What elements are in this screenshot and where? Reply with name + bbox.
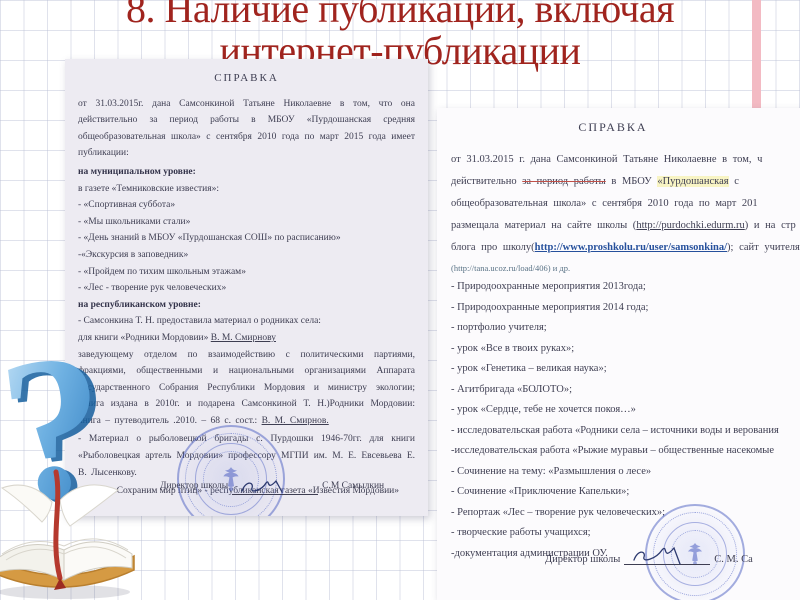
doc-line-text: блога про школу(: [451, 242, 535, 253]
list-item: -«Экскурсия в заповедник»: [78, 247, 415, 264]
doc-line-text: размещала материал на сайте школы (: [451, 220, 636, 231]
list-item: - Сочинение «Приключение Капельки»;: [451, 482, 800, 503]
list-item: - исследовательская работа «Родники села…: [451, 421, 800, 442]
signature-label: Директор школы: [160, 478, 228, 495]
handwritten-signature: [628, 546, 698, 566]
list-item: - Сочинение на тему: «Размышления о лесе…: [451, 462, 800, 483]
highlighted-text: «Пурдошанская: [657, 176, 728, 187]
document-heading: СПРАВКА: [451, 120, 775, 135]
document-paragraph: от 31.03.2015г. дана Самсонкиной Татьяне…: [78, 96, 415, 162]
open-book-graphic: [0, 466, 146, 600]
list-item: - «День знаний в МБОУ «Пурдошанская СОШ»…: [78, 230, 415, 247]
doc-line-text: ) и на стр: [745, 220, 796, 231]
signature-stroke: [624, 550, 710, 565]
list-item: - Природоохранные мероприятия 2014 года;: [451, 298, 800, 319]
list-item: - Самсонкина Т. Н. предоставила материал…: [78, 313, 415, 330]
doc-line: размещала материал на сайте школы (http:…: [451, 215, 800, 237]
doc-line: действительно за период работы в МБОУ «П…: [451, 171, 800, 193]
signature-name: С.М Самылкин: [322, 478, 384, 495]
doc-line-text: действительно: [451, 176, 522, 187]
list-item: - урок «Все в твоих руках»;: [451, 339, 800, 360]
list-item: -исследовательская работа «Рыжие муравьи…: [451, 441, 800, 462]
list-item: - Природоохранные мероприятия 2013года;: [451, 277, 800, 298]
doc-line-text: с: [729, 176, 739, 187]
list-item: - Агитбригада «БОЛОТО»;: [451, 380, 800, 401]
struck-text: за период работы: [522, 176, 606, 187]
doc-line-text: ); сайт учителя би: [727, 242, 800, 253]
signature-name: С. М. Са: [714, 554, 753, 565]
list-item: - «Спортивная суббота»: [78, 197, 415, 214]
list-item: для книги «Родники Мордовии» В. М. Смирн…: [78, 330, 415, 347]
list-item: - творческие работы учащихся;: [451, 523, 800, 544]
proshkolu-link: http://www.proshkolu.ru/user/samsonkina/: [535, 242, 727, 253]
doc-line: от 31.03.2015 г. дана Самсонкиной Татьян…: [451, 149, 800, 171]
presentation-slide: 8. Наличие публикаций, включая интернет-…: [0, 0, 800, 600]
title-line-1: 8. Наличие публикаций, включая: [0, 0, 800, 30]
handwritten-signature: [236, 478, 306, 496]
list-item: - «Пройдем по тихим школьным этажам»: [78, 264, 415, 281]
document-heading: СПРАВКА: [78, 70, 415, 87]
doc-line: общеобразовательная школа» с сентября 20…: [451, 193, 800, 215]
compiler-name-underlined: В. М. Смирнов.: [262, 416, 329, 426]
list-item: - «Лес - творение рук человеческих»: [78, 280, 415, 297]
ucoz-link-line: (http://tana.ucoz.ru/load/406) и др.: [451, 259, 800, 277]
list-item: - Репортаж «Лес – творение рук человечес…: [451, 503, 800, 524]
signature-label: Директор школы: [545, 554, 620, 565]
signature-row: Директор школы С. М. Са: [545, 550, 753, 565]
section-heading-republican: на республиканском уровне:: [78, 297, 415, 314]
list-item: - портфолио учителя;: [451, 318, 800, 339]
signature-row: Директор школы С.М Самылкин: [160, 478, 384, 495]
signature-stroke: [232, 480, 318, 495]
list-item: - «Мы школьниками стали»: [78, 214, 415, 231]
doc-line-text: в МБОУ: [606, 176, 658, 187]
school-site-link: http://purdochki.edurm.ru: [636, 220, 744, 231]
list-item: - урок «Генетика – великая наука»;: [451, 359, 800, 380]
list-item-text: для книги «Родники Мордовии»: [78, 333, 211, 343]
list-item: - урок «Сердце, тебе не хочется покоя…»: [451, 400, 800, 421]
recipient-name-underlined: В. М. Смирнову: [211, 333, 276, 343]
section-intro: в газете «Темниковские известия»:: [78, 181, 415, 198]
doc-line: блога про школу(http://www.proshkolu.ru/…: [451, 237, 800, 259]
certificate-right: СПРАВКА от 31.03.2015 г. дана Самсонкино…: [437, 108, 800, 600]
section-heading-municipal: на муниципальном уровне:: [78, 164, 415, 181]
